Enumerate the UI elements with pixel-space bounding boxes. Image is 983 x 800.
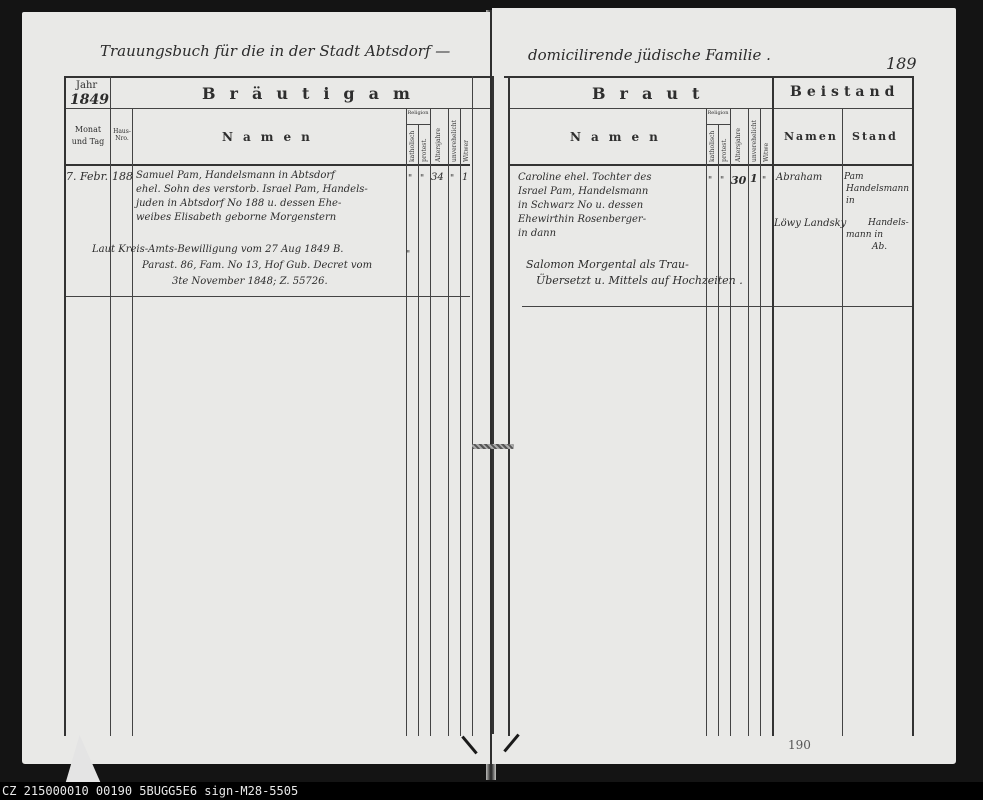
groom-note-line: 3te November 1848; Z. 55726. <box>172 276 328 287</box>
table-top-border <box>64 76 490 78</box>
col-line <box>460 108 461 736</box>
groom-text-line: juden in Abtsdorf No 188 u. dessen Ehe- <box>136 198 341 209</box>
groom-age-value: 34 <box>431 172 444 183</box>
bride-text-line: Caroline ehel. Tochter des <box>518 172 651 183</box>
bride-protestant-value: " <box>720 176 724 186</box>
bride-names-header: Namen <box>570 130 668 144</box>
col-line <box>472 76 473 736</box>
col-line <box>430 108 431 736</box>
bride-catholic-header: katholisch <box>709 128 716 162</box>
col-line <box>718 124 719 736</box>
header-bottom-border <box>510 164 912 166</box>
religion-subdivider <box>706 124 730 125</box>
archive-id-bar: CZ 215000010 00190 5BUGG5E6 sign-M28-550… <box>0 782 983 800</box>
title-row-border <box>510 108 912 109</box>
bride-title: Braut <box>592 84 713 103</box>
witness-status-line: mann in <box>846 230 883 240</box>
col-line <box>508 76 510 736</box>
bride-text-line: in Schwarz No u. dessen <box>518 200 643 211</box>
entry-bottom-border <box>522 306 912 307</box>
entry-bottom-border <box>64 296 470 297</box>
folio-number: 189 <box>886 54 917 73</box>
bride-unmarried-value: 1 <box>750 172 758 185</box>
groom-catholic-header: katholisch <box>409 128 416 162</box>
clip-mark <box>503 734 519 753</box>
archive-id: CZ 215000010 00190 5BUGG5E6 sign-M28-550… <box>2 784 298 798</box>
groom-widower-value: 1 <box>462 172 468 183</box>
col-line <box>842 108 843 736</box>
col-line <box>748 108 749 736</box>
witness-status-header: Stand <box>852 130 898 143</box>
bride-text-line: in dann <box>518 228 556 239</box>
entry-month-day: 7. Febr. <box>66 170 108 183</box>
groom-text-line: ehel. Sohn des verstorb. Israel Pam, Han… <box>136 184 368 195</box>
col-line <box>772 76 774 736</box>
col-line <box>418 124 419 736</box>
witness-status-line: in <box>846 196 855 206</box>
bride-age-header: Altersjahre <box>735 112 742 162</box>
groom-text-line: weibes Elisabeth geborne Morgenstern <box>136 212 336 223</box>
page-stamp-number: 190 <box>788 738 811 752</box>
groom-title: Bräutigam <box>202 84 424 103</box>
col-line <box>912 76 914 736</box>
bride-widow-value: " <box>762 176 766 186</box>
bride-widow-header: Witwe <box>763 124 770 162</box>
witness-name: Abraham <box>776 172 822 183</box>
binding-thread <box>472 444 514 449</box>
col-line <box>132 108 133 736</box>
year-value: 1849 <box>70 92 109 108</box>
title-row-border <box>64 108 490 109</box>
groom-age-header: Altersjahre <box>435 112 442 162</box>
col-line <box>730 108 731 736</box>
groom-unmarried-header: unverehelicht <box>451 112 458 162</box>
groom-names-header: Namen <box>222 130 320 144</box>
bride-text-line: Israel Pam, Handelsmann <box>518 186 648 197</box>
groom-ditto: " <box>406 250 410 260</box>
religion-subdivider <box>406 124 430 125</box>
witness-status-line: Pam <box>844 172 864 182</box>
groom-note-line: Laut Kreis-Amts-Bewilligung vom 27 Aug 1… <box>92 244 343 255</box>
bride-age-value: 30 <box>731 174 746 187</box>
clip-mark <box>461 736 477 755</box>
groom-protestant-header: protest. <box>421 128 428 162</box>
bride-text-line: Ehewirthin Rosenberger- <box>518 214 646 225</box>
table-top-border <box>504 76 912 78</box>
groom-unmarried-value: " <box>450 174 454 184</box>
col-line <box>492 76 494 734</box>
groom-protestant-value: " <box>420 174 424 184</box>
year-label: Jahr <box>76 80 97 91</box>
col-line <box>706 108 707 736</box>
groom-note-line: Parast. 86, Fam. No 13, Hof Gub. Decret … <box>142 260 372 271</box>
bride-catholic-value: " <box>708 176 712 186</box>
witness-status-line: Ab. <box>872 242 887 252</box>
entry-house-no: 188 <box>112 170 133 183</box>
right-heading: domicilirende jüdische Familie . <box>528 46 771 64</box>
groom-widower-header: Witwer <box>463 124 470 162</box>
witness-name: Löwy Landsky <box>774 218 846 229</box>
header-bottom-border <box>64 164 470 166</box>
col-line <box>448 108 449 736</box>
groom-text-line: Samuel Pam, Handelsmann in Abtsdorf <box>136 170 335 181</box>
witness-title: Beistand <box>790 84 899 100</box>
bride-protestant-header: protest. <box>721 128 728 162</box>
bride-unmarried-header: unverehelicht <box>751 112 758 162</box>
bride-religion-header: Religion <box>707 110 729 116</box>
left-heading: Trauungsbuch für die in der Stadt Abtsdo… <box>100 42 450 60</box>
bride-note-line: Salomon Morgental als Trau- <box>526 258 689 271</box>
witness-status-line: Handels- <box>868 218 909 228</box>
witness-status-line: Handelsmann <box>846 184 909 194</box>
col-line <box>760 108 761 736</box>
witness-names-header: Namen <box>784 130 838 143</box>
bride-note-line: Übersetzt u. Mittels auf Hochzeiten . <box>536 274 743 287</box>
groom-catholic-value: " <box>408 174 412 184</box>
month-day-header: Monat und Tag <box>70 124 106 148</box>
left-page: Trauungsbuch für die in der Stadt Abtsdo… <box>22 12 490 764</box>
col-line <box>406 108 407 736</box>
groom-religion-header: Religion <box>407 110 429 116</box>
house-no-header: Haus-Nro. <box>112 128 132 142</box>
col-line <box>110 76 111 736</box>
right-page: domicilirende jüdische Familie . 189 Bra… <box>492 8 956 764</box>
